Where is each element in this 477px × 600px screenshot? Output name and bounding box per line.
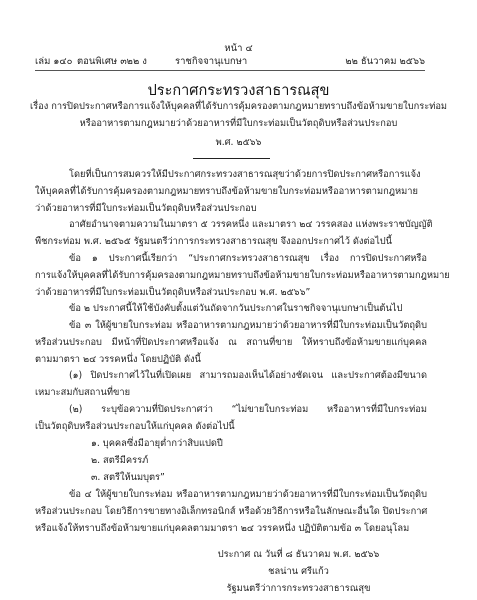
gazette-name: ราชกิจจานุเบกษา: [175, 54, 247, 69]
subject-line-1: เรื่อง การปิดประกาศหรือการแจ้งให้บุคคลที…: [0, 99, 477, 114]
clause-1-line: ข้อ ๑ ประกาศนี้เรียกว่า “ประกาศกระทรวงสา…: [69, 252, 427, 265]
clause-4-line: หรือแจ้งให้ทราบถึงข้อห้ามขายแก่บุคคลตามม…: [35, 522, 427, 535]
authority-line: พืชกระท่อม พ.ศ. ๒๕๖๕ รัฐมนตรีว่าการกระทร…: [35, 235, 427, 248]
preamble-line: ให้บุคคลที่ได้รับการคุ้มครองตามกฎหมายทรา…: [35, 185, 427, 198]
clause-3-line: ตามมาตรา ๒๔ วรรคหนึ่ง โดยปฏิบัติ ดังนี้: [35, 353, 427, 366]
gazette-header: เล่ม ๑๔๐ ตอนพิเศษ ๓๒๒ ง ราชกิจจานุเบกษา …: [35, 54, 425, 67]
clause-3-item-1: เหมาะสมกับสถานที่ขาย: [35, 386, 427, 399]
volume-label: เล่ม ๑๔๐: [35, 54, 72, 69]
clause-4-line: หรือส่วนประกอบ โดยวิธีการขายทางอิเล็กทรอ…: [35, 505, 427, 518]
subject-year: พ.ศ. ๒๕๖๖: [0, 135, 477, 150]
preamble-line: ว่าด้วยอาหารที่มีใบกระท่อมเป็นวัตถุดิบหร…: [35, 202, 427, 215]
clause-1-line: การแจ้งให้บุคคลที่ได้รับการคุ้มครองตามกฎ…: [35, 269, 427, 282]
clause-3-item-2: เป็นวัตถุดิบหรือส่วนประกอบให้แก่บุคคล ดั…: [35, 420, 427, 433]
sub-item: ๑. บุคคลซึ่งมีอายุต่ำกว่าสิบแปดปี: [91, 437, 477, 450]
clause-3-line: หรือส่วนประกอบ มีหน้าที่ปิดประกาศหรือแจ้…: [35, 336, 427, 349]
clause-2-line: ข้อ ๒ ประกาศนี้ให้ใช้บังคับตั้งแต่วันถัด…: [69, 302, 461, 315]
signatory-name: ชลน่าน ศรีแก้ว: [60, 564, 477, 579]
gazette-date: ๒๒ ธันวาคม ๒๕๖๖: [345, 54, 425, 69]
clause-4-line: ข้อ ๔ ให้ผู้ขายใบกระท่อม หรืออาหารตามกฎห…: [69, 488, 427, 501]
sub-item: ๒. สตรีมีครรภ์: [91, 454, 477, 467]
signatory-position: รัฐมนตรีว่าการกระทรวงสาธารณสุข: [60, 581, 477, 596]
clause-3-item-2: (๒) ระบุข้อความที่ปิดประกาศว่า “ไม่ขายใบ…: [69, 403, 427, 416]
signature-date: ประกาศ ณ วันที่ ๘ ธันวาคม พ.ศ. ๒๕๖๖: [60, 547, 477, 562]
gazette-page: หน้า ๔ เล่ม ๑๔๐ ตอนพิเศษ ๓๒๒ ง ราชกิจจาน…: [0, 0, 477, 600]
clause-3-item-1: (๑) ปิดประกาศไว้ในที่เปิดเผย สามารถมองเห…: [69, 369, 427, 382]
header-divider: [35, 70, 425, 71]
section-label: ตอนพิเศษ ๓๒๒ ง: [77, 54, 147, 69]
clause-3-line: ข้อ ๓ ให้ผู้ขายใบกระท่อม หรืออาหารตามกฎห…: [69, 319, 427, 332]
subject-line-2: หรืออาหารตามกฎหมายว่าด้วยอาหารที่มีใบกระ…: [0, 116, 477, 131]
sub-item: ๓. สตรีให้นมบุตร”: [91, 471, 477, 484]
preamble-line: โดยที่เป็นการสมควรให้มีประกาศกระทรวงสาธา…: [69, 168, 427, 181]
authority-line: อาศัยอำนาจตามความในมาตรา ๕ วรรคหนึ่ง และ…: [69, 218, 427, 231]
title-divider: [193, 158, 270, 159]
clause-1-line: ว่าด้วยอาหารที่มีใบกระท่อมเป็นวัตถุดิบหร…: [35, 286, 427, 299]
